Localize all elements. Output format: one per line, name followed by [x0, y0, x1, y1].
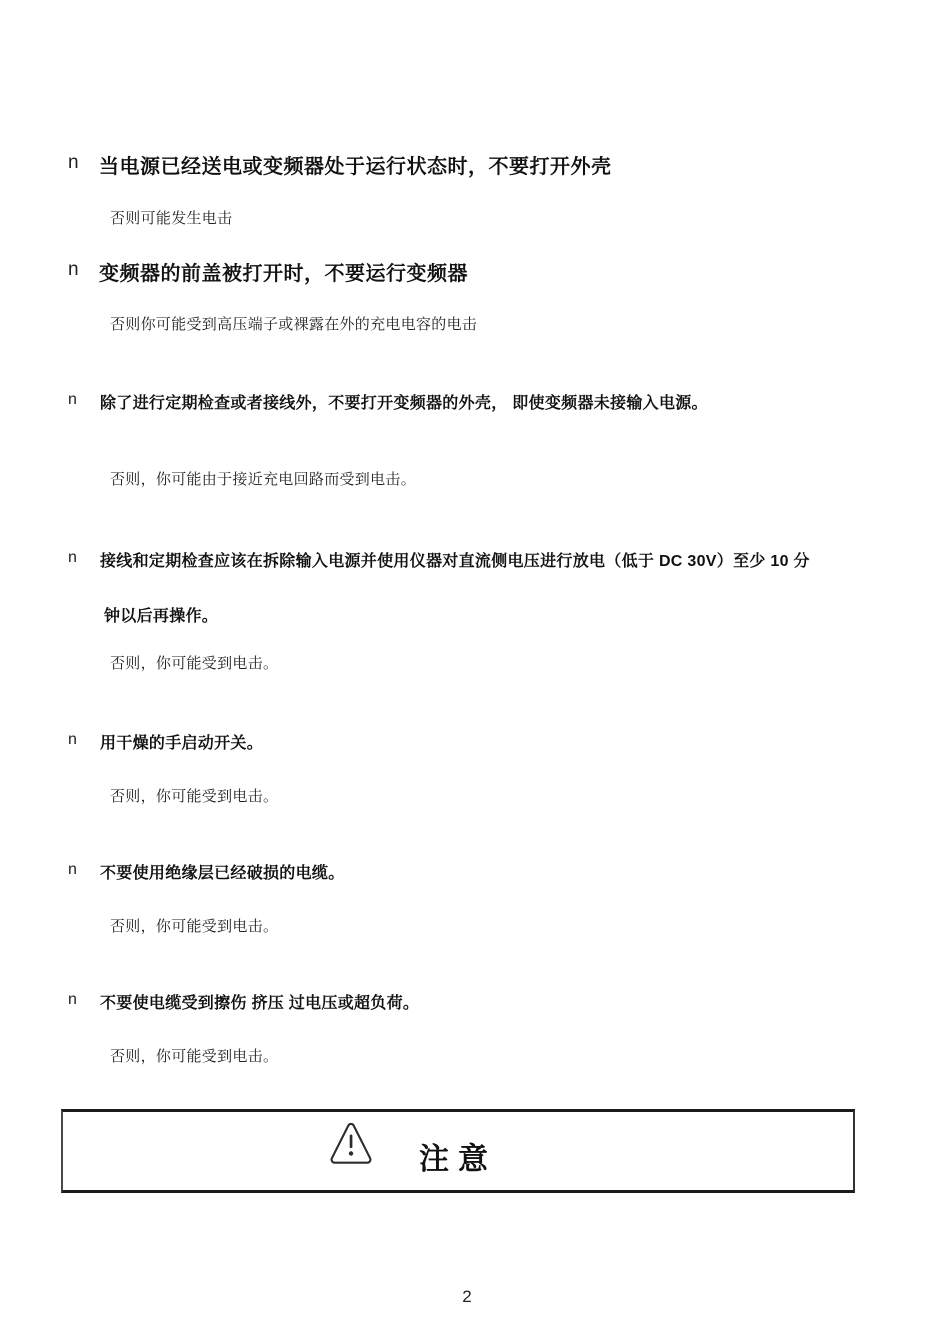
caution-box: 注意: [61, 1109, 855, 1193]
warning-heading: 接线和定期检查应该在拆除输入电源并使用仪器对直流侧电压进行放电（低于 DC 30…: [100, 548, 810, 571]
warning-triangle-icon: [328, 1121, 374, 1170]
warning-heading: 当电源已经送电或变频器处于运行状态时，不要打开外壳: [99, 150, 612, 179]
warning-note: 否则，你可能受到电击。: [110, 652, 278, 673]
warning-note: 否则可能发生电击: [110, 207, 232, 228]
warning-heading: 除了进行定期检查或者接线外，不要打开变频器的外壳， 即使变频器未接输入电源。: [100, 390, 708, 413]
warning-heading: 变频器的前盖被打开时，不要运行变频器: [99, 257, 468, 286]
bullet-marker: n: [68, 152, 79, 174]
warning-heading: 不要使电缆受到擦伤 挤压 过电压或超负荷。: [100, 990, 419, 1013]
bullet-marker: n: [68, 391, 77, 409]
bullet-marker: n: [68, 731, 77, 749]
caution-label: 注意: [419, 1134, 497, 1178]
warning-heading: 不要使用绝缘层已经破损的电缆。: [100, 860, 345, 883]
warning-note: 否则，你可能受到电击。: [110, 915, 278, 936]
warning-heading-continuation: 钟以后再操作。: [104, 603, 218, 626]
warning-note: 否则，你可能受到电击。: [110, 785, 278, 806]
warning-note: 否则，你可能受到电击。: [110, 1045, 278, 1066]
bullet-marker: n: [68, 549, 77, 567]
page-number: 2: [452, 1287, 482, 1307]
bullet-marker: n: [68, 861, 77, 879]
bullet-marker: n: [68, 991, 77, 1009]
warning-note: 否则你可能受到高压端子或裸露在外的充电电容的电击: [110, 313, 477, 334]
warning-heading: 用干燥的手启动开关。: [100, 730, 263, 753]
bullet-marker: n: [68, 259, 79, 281]
warning-note: 否则，你可能由于接近充电回路而受到电击。: [110, 468, 416, 489]
document-page: { "document": { "page_number": "2", "ink…: [0, 0, 950, 1344]
